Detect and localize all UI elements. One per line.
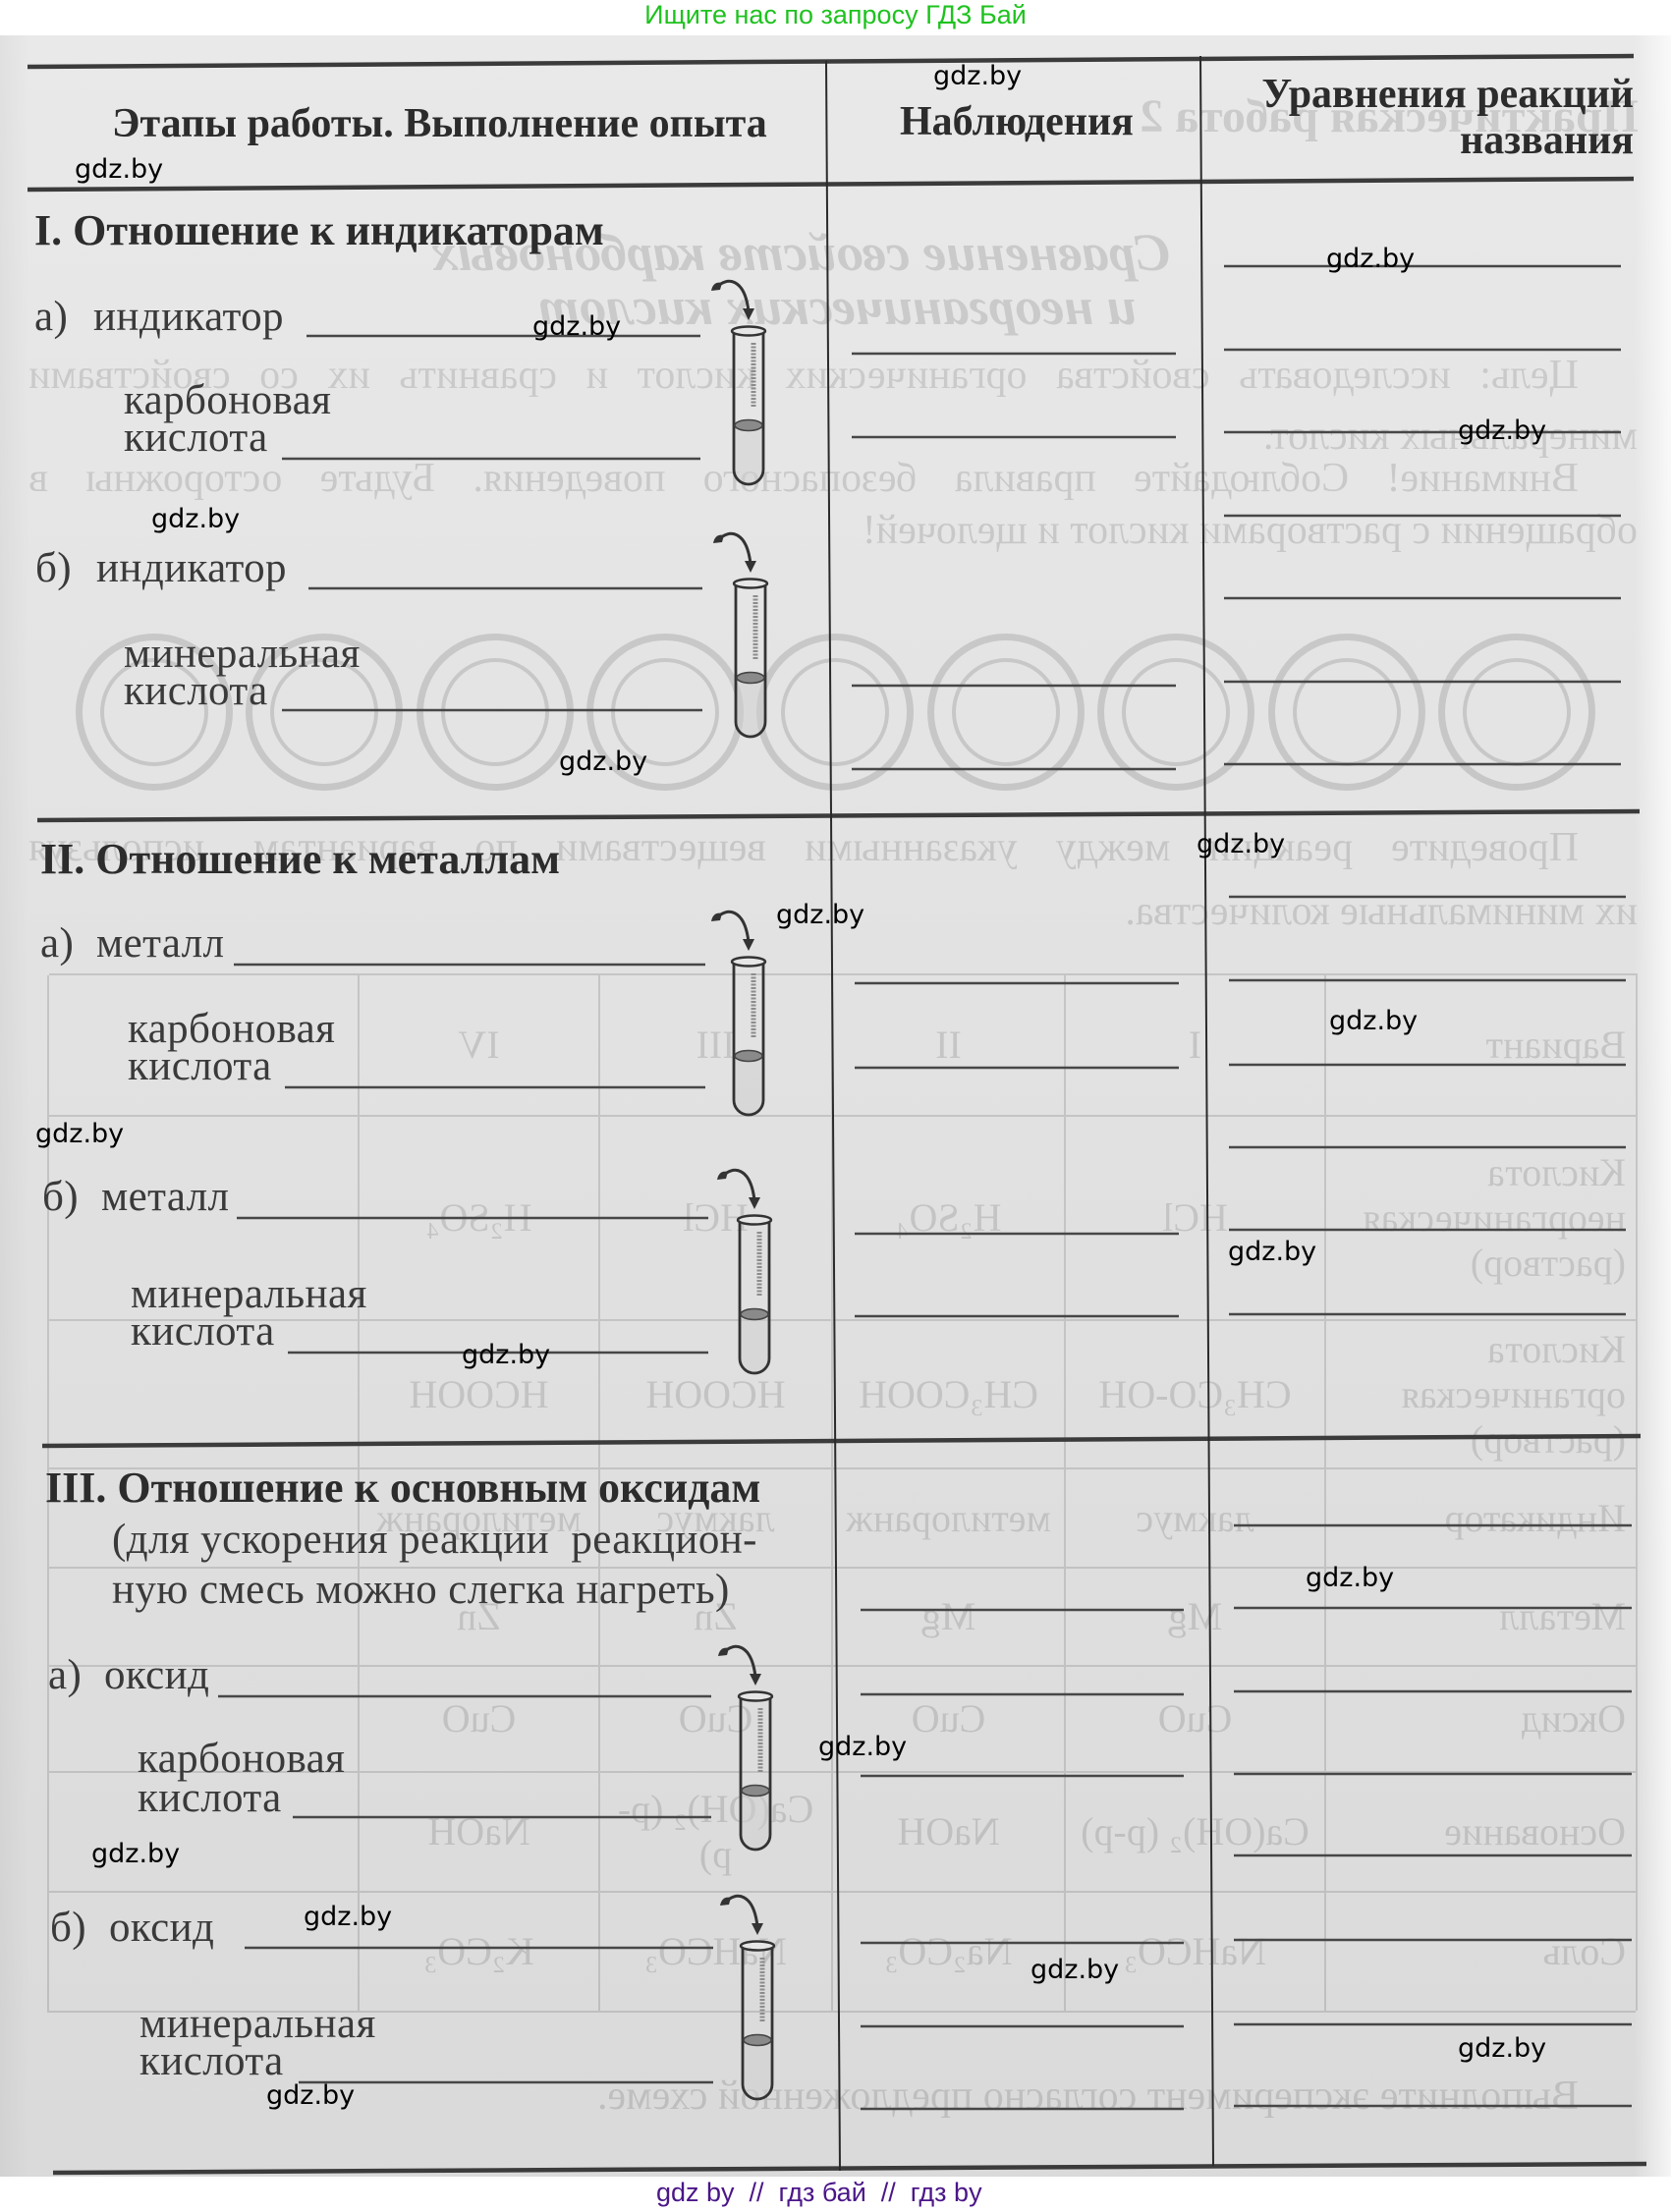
site-banner-bottom: gdz by // гдз бай // гдз by bbox=[656, 2180, 982, 2206]
test-tube-icon bbox=[717, 1170, 771, 1373]
reagent-label: оксид bbox=[104, 1654, 209, 1696]
watermark-text: gdz.by bbox=[1326, 246, 1415, 272]
watermark-text: gdz.by bbox=[933, 63, 1022, 89]
section-heading-basic-oxides: III. Отношение к основным оксидам bbox=[45, 1466, 760, 1510]
watermark-text: gdz.by bbox=[1458, 417, 1546, 444]
acid-label: карбоновая bbox=[138, 1738, 345, 1780]
watermark-text: gdz.by bbox=[1306, 1565, 1394, 1591]
watermark-text: gdz.by bbox=[304, 1904, 392, 1930]
watermark-text: gdz.by bbox=[462, 1342, 550, 1368]
watermark-text: gdz.by bbox=[1329, 1008, 1418, 1034]
acid-label: кислота bbox=[139, 2040, 284, 2082]
test-tube-icon bbox=[713, 533, 767, 737]
part-marker: а) bbox=[48, 1654, 82, 1696]
acid-label: кислота bbox=[131, 1310, 275, 1353]
part-marker: б) bbox=[35, 547, 72, 589]
watermark-text: gdz.by bbox=[532, 313, 621, 340]
section-heading-indicators: I. Отношение к индикаторам bbox=[34, 209, 604, 252]
header-bottom-rule bbox=[28, 179, 1634, 190]
table-bottom-rule bbox=[53, 2164, 1646, 2173]
section-note: (для ускорения реакции реакцион- bbox=[112, 1519, 757, 1561]
column-dividers bbox=[826, 56, 1213, 2171]
reagent-label: оксид bbox=[109, 1907, 214, 1949]
column-divider bbox=[1200, 56, 1213, 2166]
test-tube-icon bbox=[718, 1646, 772, 1850]
watermark-text: gdz.by bbox=[818, 1734, 907, 1760]
column-divider bbox=[826, 61, 840, 2171]
watermark-text: gdz.by bbox=[91, 1841, 180, 1867]
acid-label: кислота bbox=[124, 416, 268, 459]
acid-label: кислота bbox=[138, 1777, 282, 1819]
reagent-label: металл bbox=[101, 1176, 229, 1218]
column-header-equations: названия bbox=[1460, 120, 1634, 161]
section-heading-metals: II. Отношение к металлам bbox=[40, 838, 560, 881]
part-marker: а) bbox=[40, 922, 74, 965]
watermark-text: gdz.by bbox=[1197, 831, 1285, 857]
watermark-text: gdz.by bbox=[1458, 2035, 1546, 2062]
step-answer-lines bbox=[218, 336, 713, 2082]
reagent-label: индикатор bbox=[96, 547, 287, 589]
test-tube-icon bbox=[720, 1896, 774, 2099]
table-top-rule bbox=[28, 56, 1634, 67]
acid-label: кислота bbox=[128, 1045, 272, 1087]
equation-answer-lines bbox=[1224, 266, 1632, 2106]
column-header-equations: Уравнения реакций bbox=[1261, 74, 1634, 115]
watermark-text: gdz.by bbox=[559, 748, 647, 775]
reagent-label: металл bbox=[96, 922, 224, 965]
watermark-text: gdz.by bbox=[151, 506, 240, 532]
section-divider bbox=[37, 811, 1640, 820]
section-note: ную смесь можно слегка нагреть) bbox=[112, 1569, 730, 1611]
part-marker: а) bbox=[34, 296, 68, 338]
acid-label: кислота bbox=[124, 670, 268, 712]
test-tube-icon bbox=[711, 281, 765, 484]
watermark-text: gdz.by bbox=[75, 156, 163, 183]
reagent-label: индикатор bbox=[93, 296, 284, 338]
column-header-steps: Этапы работы. Выполнение опыта bbox=[112, 103, 767, 144]
watermark-text: gdz.by bbox=[1228, 1239, 1316, 1265]
watermark-text: gdz.by bbox=[1030, 1957, 1119, 1983]
column-header-observations: Наблюдения bbox=[900, 101, 1134, 142]
watermark-text: gdz.by bbox=[776, 902, 864, 928]
test-tube-icon bbox=[711, 912, 765, 1115]
section-divider bbox=[42, 1436, 1641, 1446]
observation-answer-lines bbox=[852, 354, 1184, 2109]
part-marker: б) bbox=[42, 1176, 79, 1218]
part-marker: б) bbox=[50, 1907, 86, 1949]
watermark-text: gdz.by bbox=[266, 2082, 355, 2109]
watermark-text: gdz.by bbox=[35, 1121, 124, 1147]
